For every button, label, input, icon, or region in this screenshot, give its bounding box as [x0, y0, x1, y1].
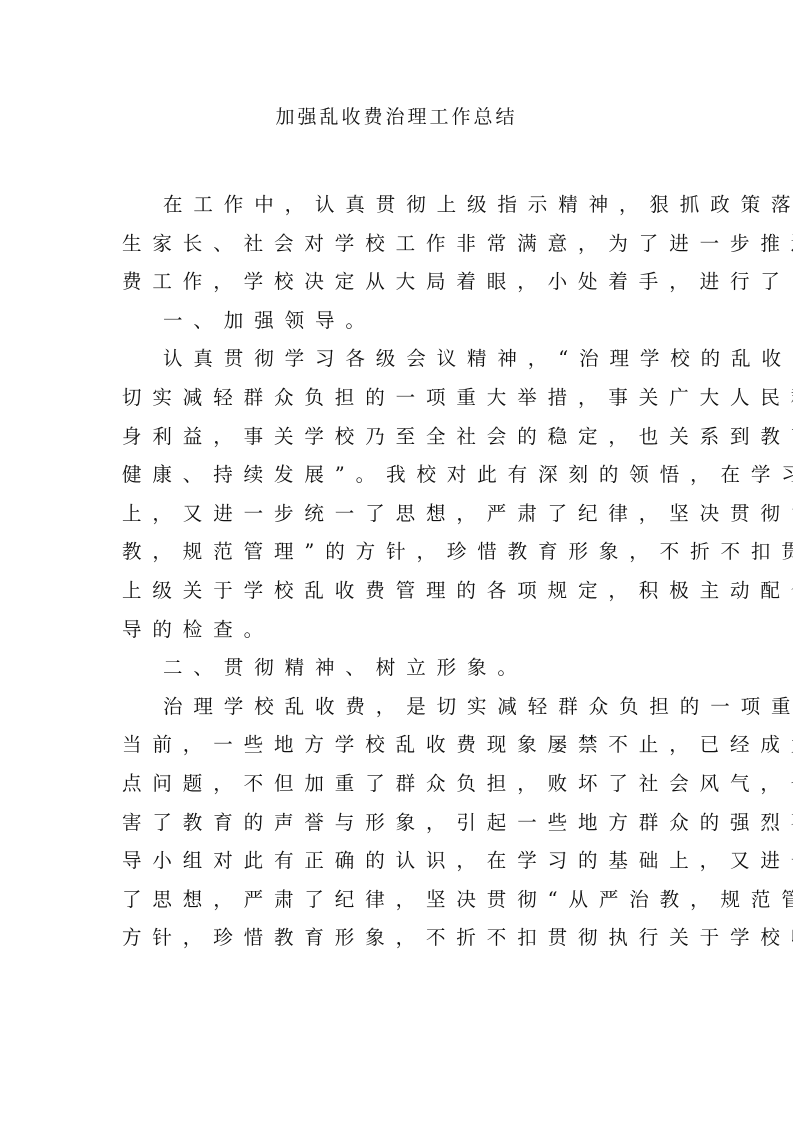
text-line: 方针，珍惜教育形象，不折不扣贯彻执行关于学校收费管理: [122, 919, 674, 958]
text-line: 健康、持续发展”。我校对此有深刻的领悟，在学习的基础: [122, 456, 674, 495]
text-line: 费工作，学校决定从大局着眼，小处着手，进行了自查自检。: [122, 263, 674, 302]
text-line: 了思想，严肃了纪律，坚决贯彻“从严治教，规范管理”的: [122, 881, 674, 920]
text-line: 点问题，不但加重了群众负担，败坏了社会风气，也严重损: [122, 765, 674, 804]
text-line: 导小组对此有正确的认识，在学习的基础上，又进一步统一: [122, 842, 674, 881]
text-line: 认真贯彻学习各级会议精神，“治理学校的乱收费，是: [122, 340, 674, 379]
document-body: 在工作中，认真贯彻上级指示精神，狠抓政策落实，学 生家长、社会对学校工作非常满意…: [122, 186, 674, 958]
text-line: 当前，一些地方学校乱收费现象屡禁不止，已经成为一个热: [122, 726, 674, 765]
text-line: 上级关于学校乱收费管理的各项规定，积极主动配合各级领: [122, 572, 674, 611]
text-line: 害了教育的声誉与形象，引起一些地方群众的强烈不满。领: [122, 804, 674, 843]
text-line: 生家长、社会对学校工作非常满意，为了进一步推进学校收: [122, 225, 674, 264]
text-line: 教，规范管理”的方针，珍惜教育形象，不折不扣贯彻执行: [122, 533, 674, 572]
text-line: 在工作中，认真贯彻上级指示精神，狠抓政策落实，学: [122, 186, 674, 225]
text-line: 切实减轻群众负担的一项重大举措，事关广大人民群众的切: [122, 379, 674, 418]
text-line: 身利益，事关学校乃至全社会的稳定，也关系到教育事业的: [122, 418, 674, 457]
text-line: 上，又进一步统一了思想，严肃了纪律，坚决贯彻“从严治: [122, 495, 674, 534]
text-line: 导的检查。: [122, 611, 674, 650]
document-title: 加强乱收费治理工作总结: [0, 104, 793, 130]
section-heading-1: 一、加强领导。: [122, 302, 674, 341]
section-heading-2: 二、贯彻精神、树立形象。: [122, 649, 674, 688]
text-line: 治理学校乱收费，是切实减轻群众负担的一项重大措施，: [122, 688, 674, 727]
document-page: 加强乱收费治理工作总结 在工作中，认真贯彻上级指示精神，狠抓政策落实，学 生家长…: [0, 0, 793, 1122]
